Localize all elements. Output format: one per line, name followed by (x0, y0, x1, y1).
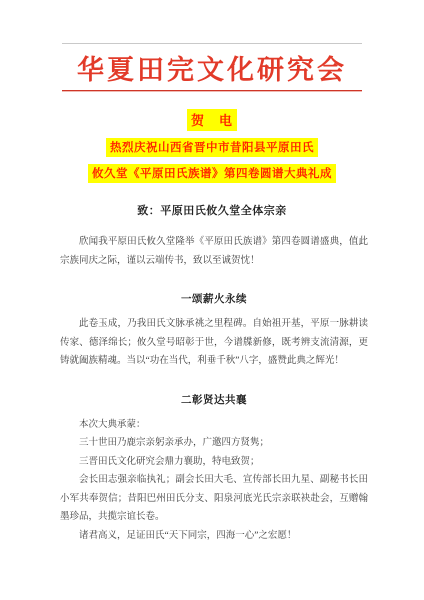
section-2-line-5: 诸君高义，足证田氏“天下同宗，四海一心”之宏愿！ (60, 527, 368, 546)
section-2-line-1: 本次大典承蒙： (60, 416, 368, 435)
banner-text-2: 攸久堂《平原田氏族谱》第四卷圆谱大典礼成 (88, 164, 336, 183)
section-1-paragraph: 此卷玉成，乃我田氏文脉承祧之里程碑。自始祖开基，平原一脉耕读传家、德泽绵长；攸久… (60, 315, 368, 371)
salutation: 致：平原田氏攸久堂全体宗亲 (0, 202, 424, 218)
banner-text-1: 热烈庆祝山西省晋中市昔阳县平原田氏 (106, 138, 318, 157)
section-2-line-4: 会长田志强亲临执礼；副会长田大毛、宣传部长田九星、副秘书长田小军共奉贺信；昔阳巴… (60, 471, 368, 527)
section-2-heading: 二彰贤达共襄 (60, 392, 368, 407)
intro-paragraph: 欣闻我平原田氏攸久堂隆举《平原田氏族谱》第四卷圆谱盛典，值此宗族同庆之际，谨以云… (60, 233, 368, 270)
header-divider-line (62, 43, 362, 44)
banner-line-1: 热烈庆祝山西省晋中市昔阳县平原田氏 (0, 138, 424, 157)
banner-line-2: 攸久堂《平原田氏族谱》第四卷圆谱大典礼成 (0, 164, 424, 183)
section-2-line-2: 三十世田乃鹿宗亲躬亲承办，广邀四方贤隽； (60, 434, 368, 453)
telegram-label: 贺 电 (187, 109, 237, 131)
telegram-body: 欣闻我平原田氏攸久堂隆举《平原田氏族谱》第四卷圆谱盛典，值此宗族同庆之际，谨以云… (60, 233, 368, 545)
title-underline (62, 90, 362, 92)
section-1-heading: 一颂薪火永续 (60, 291, 368, 306)
section-2-line-3: 三晋田氏文化研究会鼎力襄助，特电致贺； (60, 453, 368, 472)
telegram-label-row: 贺 电 (0, 109, 424, 131)
organization-title: 华夏田完文化研究会 (0, 53, 424, 88)
